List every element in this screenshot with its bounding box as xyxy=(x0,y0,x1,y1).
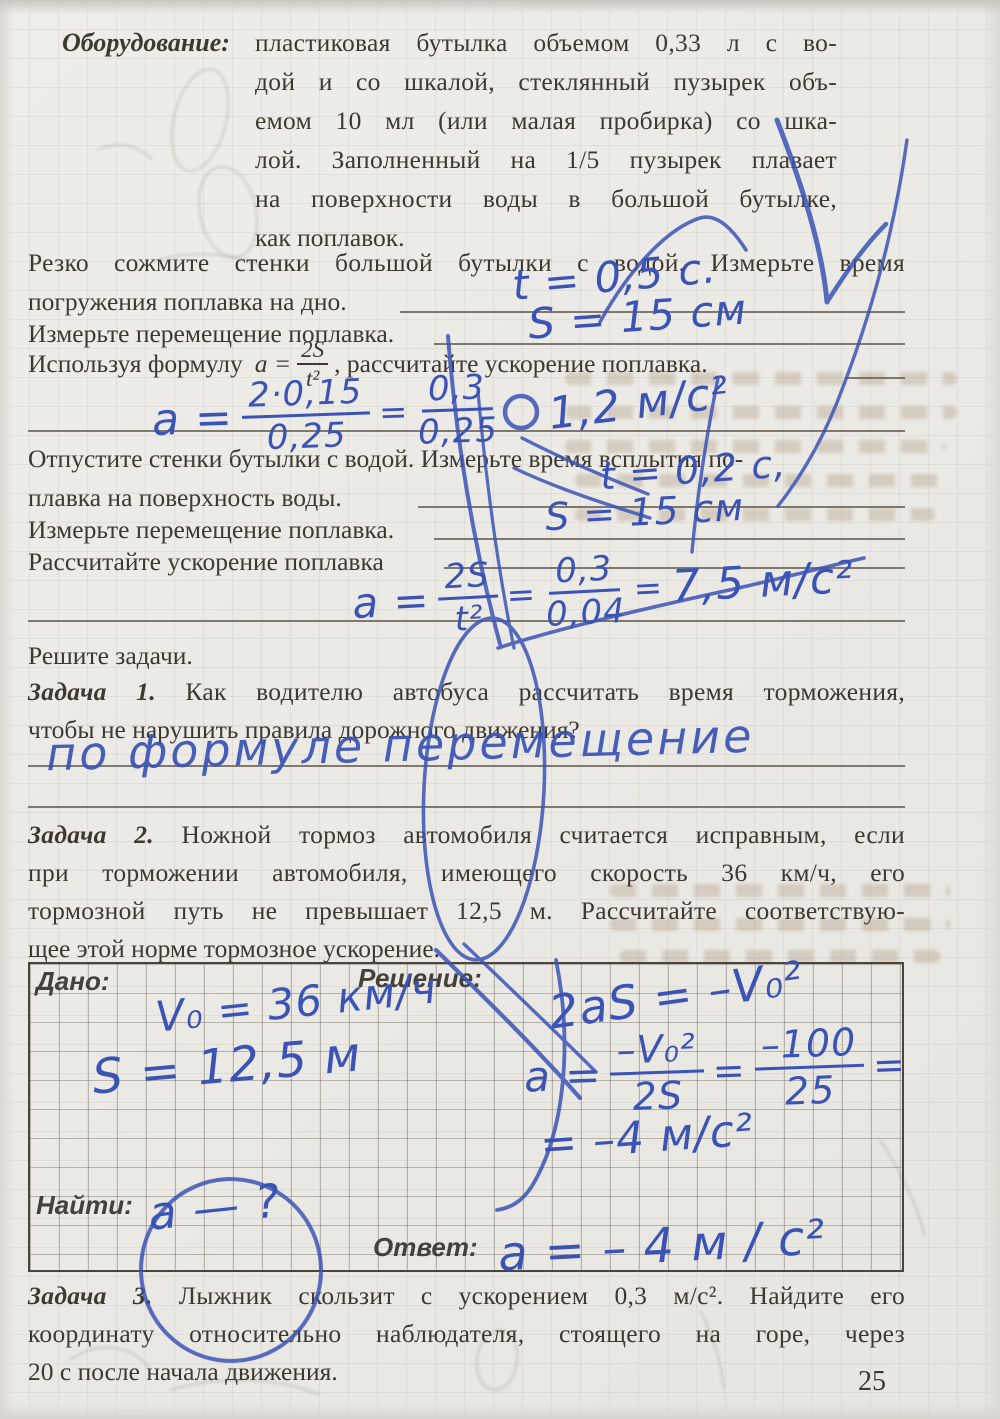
task2-line4: щее этой норме тормозное ускорение. xyxy=(28,934,440,963)
fraction-denominator: 0,04 xyxy=(545,591,627,632)
hw-calc2-eq2: = xyxy=(633,567,665,608)
task2-text: Ножной тормоз автомобиля считается испра… xyxy=(182,820,905,849)
hw-calc1-fraction1: 2·0,15 0,25 xyxy=(241,374,372,455)
instruction-squeeze-line1: Резко сожмите стенки большой бутылки с в… xyxy=(28,248,905,277)
equipment-line: дой и со шкалой, стеклянный пузырек объ- xyxy=(255,67,837,96)
equipment-line: пластиковая бутылка объемом 0,33 л с во- xyxy=(255,28,837,57)
table-label-given: Дано: xyxy=(36,966,109,997)
handwritten-calc-1: a = 2·0,15 0,25 = 0,3 0,25 xyxy=(151,370,499,459)
table-label-find: Найти: xyxy=(36,1190,133,1221)
table-label-answer: Ответ: xyxy=(373,1232,478,1263)
task2-line2: при торможении автомобиля, имеющего скор… xyxy=(28,858,905,887)
answer-line xyxy=(845,377,905,379)
hw-calc2-eq: = xyxy=(506,574,538,615)
hw-sol2-fraction1: –V₀² 2S xyxy=(609,1028,705,1116)
fraction-numerator: 0,3 xyxy=(420,370,492,412)
hw-calc2-result: 7,5 м/с² xyxy=(671,552,855,612)
task3-line2: координату относительно наблюдателя, сто… xyxy=(28,1319,905,1348)
answer-line xyxy=(434,343,905,345)
hw-sol2-lhs: a = xyxy=(523,1050,602,1102)
instruction-release-line2: плавка на поверхность воды. xyxy=(28,483,342,512)
task3-line1: Задача 3. Лыжник скользит с ускорением 0… xyxy=(28,1281,905,1310)
handwritten-solution-eq2: a = –V₀² 2S = –100 25 = xyxy=(523,1021,908,1119)
task1-label: Задача 1. xyxy=(28,677,156,706)
task1-line1: Задача 1. Как водителю автобуса рассчита… xyxy=(28,677,905,706)
hw-calc2-lhs: a = xyxy=(351,575,431,628)
hw-sol2-fraction2: –100 25 xyxy=(753,1023,865,1112)
equipment-line: емом 10 мл (или малая пробирка) со шка- xyxy=(255,106,837,135)
task2-line1: Задача 2. Ножной тормоз автомобиля счита… xyxy=(28,820,905,849)
instruction-calc-acceleration: Рассчитайте ускорение поплавка xyxy=(28,547,384,576)
instruction-squeeze-line2: погружения поплавка на дно. xyxy=(28,287,347,316)
hw-calc1-fraction2: 0,3 0,25 xyxy=(416,370,498,450)
task3-line3: 20 с после начала движения. xyxy=(28,1357,338,1386)
fraction-denominator: t² xyxy=(454,598,485,636)
fraction-numerator: 2·0,15 xyxy=(241,374,370,418)
hw-sol2-eq2: = xyxy=(872,1042,906,1087)
task2-label: Задача 2. xyxy=(28,820,154,849)
fraction-numerator: 2S xyxy=(436,558,497,601)
fraction-denominator: 25 xyxy=(784,1068,836,1111)
fraction-denominator: 0,25 xyxy=(266,415,347,455)
fraction-numerator: –V₀² xyxy=(609,1028,704,1075)
task2-line3: тормозной путь не превышает 12,5 м. Расс… xyxy=(28,896,905,925)
instruction-measure-displacement-2: Измерьте перемещение поплавка. xyxy=(28,515,394,544)
solve-tasks-heading: Решите задачи. xyxy=(28,641,193,670)
equipment-line: лой. Заполненный на 1/5 пузырек плавает xyxy=(255,145,837,174)
equipment-line: на поверхности воды в большой бутылке, xyxy=(255,184,837,213)
fraction-denominator: 0,25 xyxy=(417,410,498,450)
hw-calc2-fraction1: 2S t² xyxy=(436,558,499,638)
hw-calc1-lhs: a = xyxy=(151,392,234,446)
equipment-label: Оборудование: xyxy=(62,28,230,58)
task3-text: Лыжник скользит с ускорением 0,3 м/с². Н… xyxy=(179,1281,905,1310)
fraction-numerator: 2S xyxy=(297,338,328,365)
page-number: 25 xyxy=(858,1366,886,1398)
answer-line xyxy=(28,806,905,808)
task1-text: Как водителю автобуса рассчитать время т… xyxy=(185,677,905,706)
hw-calc1-eq: = xyxy=(378,392,409,433)
formula-prefix: Используя формулу xyxy=(28,349,243,378)
task3-label: Задача 3. xyxy=(28,1281,153,1310)
hw-calc2-fraction2: 0,3 0,04 xyxy=(543,551,627,632)
hw-sol2-eq: = xyxy=(712,1047,746,1092)
fraction-numerator: 0,3 xyxy=(547,551,620,595)
fraction-numerator: –100 xyxy=(753,1023,864,1071)
